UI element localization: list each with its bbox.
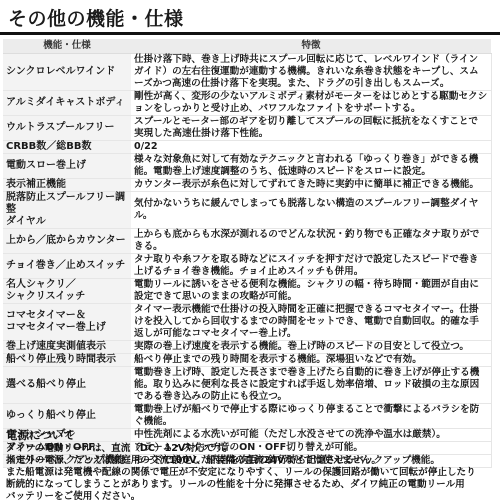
table-row: チョイ巻き／止めスイッチタナ取りや糸フケを取る時などにスイッチを押すだけで設定し…	[3, 254, 491, 279]
power-text-line: ダイワの電動リールは、直流（DC）12V対応です。	[6, 443, 496, 455]
feature-description: 実際の巻上げ速度を表示する機能。巻上げ時のスピードの目安として役立つ。	[131, 341, 491, 354]
page-title: その他の機能・仕様	[8, 4, 184, 31]
feature-description: 電動巻き上げ時、設定した長さまで巻き上げたら自動的に巻き上げが停止する機能。取り…	[131, 367, 491, 404]
feature-name: 上から／底からカウンター	[3, 229, 131, 254]
power-text-line: 断続的になってしまうことがあります。リールの性能を十分に発揮させるため、ダイワ純…	[6, 479, 496, 491]
table-row: 上から／底からカウンター上からも底からも水深が測れるのでどんな状況・釣り物でも正…	[3, 229, 491, 254]
title-divider	[0, 32, 500, 35]
feature-name: チョイ巻き／止めスイッチ	[3, 254, 131, 279]
feature-description: 様々な対象魚に対して有効なテクニックと言われる「ゆっくり巻き」ができる機能。電動…	[131, 154, 491, 179]
column-header-description: 特徴	[131, 39, 491, 54]
table-row: ゆっくり船べり停止電動巻上げが船べりで停止する際にゆっくり停まることで衝撃による…	[3, 404, 491, 429]
feature-name: 脱落防止スプールフリー調整 ダイヤル	[3, 192, 131, 229]
table-row: CRBB数／総BB数0/22	[3, 141, 491, 154]
feature-description: 剛性が高く、変形の少ないアルミボディ素材がモーターをはじめとする駆動セクションを…	[131, 91, 491, 116]
feature-name: 名人シャクリ／ シャクリスイッチ	[3, 279, 131, 304]
feature-description: 0/22	[131, 141, 491, 154]
feature-name: 電動スロー巻上げ	[3, 154, 131, 179]
feature-name: 表示補正機能	[3, 179, 131, 192]
table-row: 電動スロー巻上げ様々な対象魚に対して有効なテクニックと言われる「ゆっくり巻き」が…	[3, 154, 491, 179]
power-heading: 電源について	[6, 428, 496, 442]
feature-name: 選べる船べり停止	[3, 367, 131, 404]
feature-description: スプールとモーター部のギアを切り離してスプールの回転に抵抗をなくすことで実現した…	[131, 116, 491, 141]
feature-description: 電動リールに誘いをさせる便利な機能。シャクリの幅・待ち時間・範囲が自由に設定でき…	[131, 279, 491, 304]
feature-description: 仕掛け落下時、巻き上げ時共にスプール回転に応じて、レベルワインド（ラインガイド）…	[131, 54, 491, 91]
feature-description: タイマー表示機能で仕掛けの投入時間を正確に把握できるコマセタイマー。仕掛けを投入…	[131, 304, 491, 341]
table-row: 表示補正機能カウンター表示が糸色に対してずれてきた時に実釣中に簡単に補正できる機…	[3, 179, 491, 192]
table-row: アルミダイキャストボディ剛性が高く、変形の少ないアルミボディ素材がモーターをはじ…	[3, 91, 491, 116]
feature-description: カウンター表示が糸色に対してずれてきた時に実釣中に簡単に補正できる機能。	[131, 179, 491, 192]
feature-description: タナ取りや糸フケを取る時などにスイッチを押すだけで設定したスピードで巻き上げるチ…	[131, 254, 491, 279]
feature-description: 船べり停止までの残り時間を表示する機能。深場狙いなどで有効。	[131, 354, 491, 367]
feature-description: 気付かないうちに緩んでしまっても脱落しない構造のスプールフリー調整ダイヤル。	[131, 192, 491, 229]
power-text-line: バッテリーをご使用ください。	[6, 491, 496, 500]
feature-name: 巻上げ速度実測値表示	[3, 341, 131, 354]
table-header-row: 機能・仕様 特徴	[3, 39, 491, 54]
table-row: 巻上げ速度実測値表示実際の巻上げ速度を表示する機能。巻上げ時のスピードの目安とし…	[3, 341, 491, 354]
power-text-line: また船電源は発電機や配線の関係で電圧が不安定になりやすく、リールの保護回路が働い…	[6, 467, 496, 479]
table-row: シンクロレベルワインド仕掛け落下時、巻き上げ時共にスプール回転に応じて、レベルワ…	[3, 54, 491, 91]
feature-description: 電動巻上げが船べりで停止する際にゆっくり停まることで衝撃によるバラシを防ぐ機能。	[131, 404, 491, 429]
table-row: 脱落防止スプールフリー調整 ダイヤル気付かないうちに緩んでしまっても脱落しない構…	[3, 192, 491, 229]
feature-description: 上からも底からも水深が測れるのでどんな状況・釣り物でも正確なタナ取りができる。	[131, 229, 491, 254]
power-text-line: 指定外の電源、たとえば家庭用の交流100V、船装備の直流24Vなどでは使えません…	[6, 455, 496, 467]
column-header-feature: 機能・仕様	[3, 39, 131, 54]
feature-name: コマセタイマー＆ コマセタイマー巻上げ	[3, 304, 131, 341]
feature-name: アルミダイキャストボディ	[3, 91, 131, 116]
feature-name: シンクロレベルワインド	[3, 54, 131, 91]
power-section: 電源について ダイワの電動リールは、直流（DC）12V対応です。 指定外の電源、…	[6, 428, 496, 500]
table-row: ウルトラスプールフリースプールとモーター部のギアを切り離してスプールの回転に抵抗…	[3, 116, 491, 141]
feature-name: ウルトラスプールフリー	[3, 116, 131, 141]
feature-name: ゆっくり船べり停止	[3, 404, 131, 429]
table-row: 選べる船べり停止電動巻き上げ時、設定した長さまで巻き上げたら自動的に巻き上げが停…	[3, 367, 491, 404]
feature-name: 船べり停止残り時間表示	[3, 354, 131, 367]
feature-name: CRBB数／総BB数	[3, 141, 131, 154]
table-row: 名人シャクリ／ シャクリスイッチ電動リールに誘いをさせる便利な機能。シャクリの幅…	[3, 279, 491, 304]
table-row: コマセタイマー＆ コマセタイマー巻上げタイマー表示機能で仕掛けの投入時間を正確に…	[3, 304, 491, 341]
spec-table: 機能・仕様 特徴 シンクロレベルワインド仕掛け落下時、巻き上げ時共にスプール回転…	[3, 39, 492, 468]
table-row: 船べり停止残り時間表示船べり停止までの残り時間を表示する機能。深場狙いなどで有効…	[3, 354, 491, 367]
